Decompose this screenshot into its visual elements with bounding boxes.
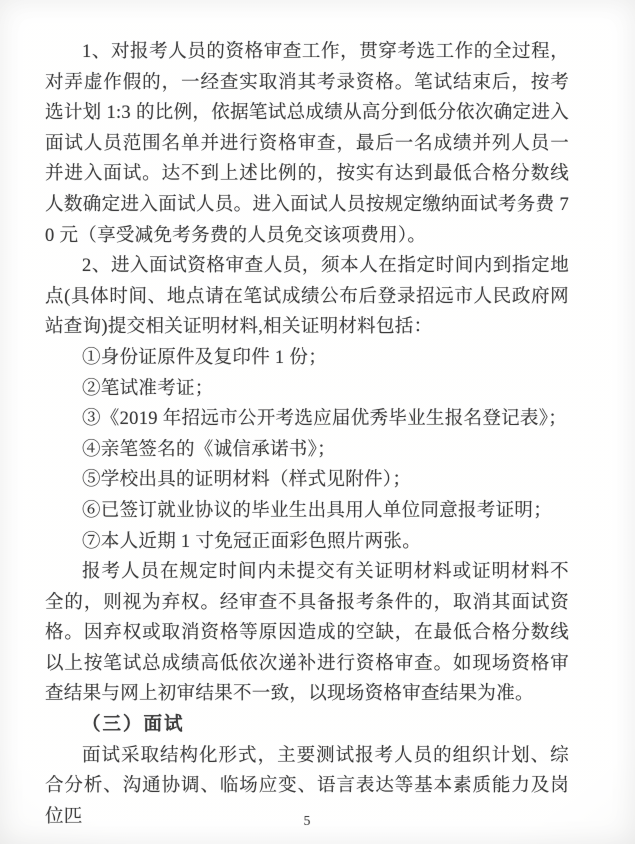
document-page: 1、对报考人员的资格审查工作，贯穿考选工作的全过程，对弄虚作假的，一经查实取消其…	[0, 0, 635, 844]
section-heading: （三）面试	[45, 710, 569, 741]
paragraph: 2、进入面试资格审查人员，须本人在指定时间内到指定地点(具体时间、地点请在笔试成…	[45, 251, 569, 343]
page-number: 5	[45, 813, 569, 829]
list-item: ①身份证原件及复印件 1 份；	[45, 343, 569, 374]
document-body: 1、对报考人员的资格审查工作，贯穿考选工作的全过程，对弄虚作假的，一经查实取消其…	[45, 37, 569, 832]
list-item: ③《2019 年招远市公开考选应届优秀毕业生报名登记表》；	[45, 404, 569, 435]
list-item: ⑥已签订就业协议的毕业生出具用人单位同意报考证明；	[45, 496, 569, 527]
list-item: ④亲笔签名的《诚信承诺书》；	[45, 435, 569, 466]
paragraph: 报考人员在规定时间内未提交有关证明材料或证明材料不全的，则视为弃权。经审查不具备…	[45, 557, 569, 710]
list-item: ②笔试准考证；	[45, 374, 569, 405]
paragraph: 1、对报考人员的资格审查工作，贯穿考选工作的全过程，对弄虚作假的，一经查实取消其…	[45, 37, 569, 251]
list-item: ⑤学校出具的证明材料（样式见附件）；	[45, 465, 569, 496]
list-item: ⑦本人近期 1 寸免冠正面彩色照片两张。	[45, 527, 569, 558]
